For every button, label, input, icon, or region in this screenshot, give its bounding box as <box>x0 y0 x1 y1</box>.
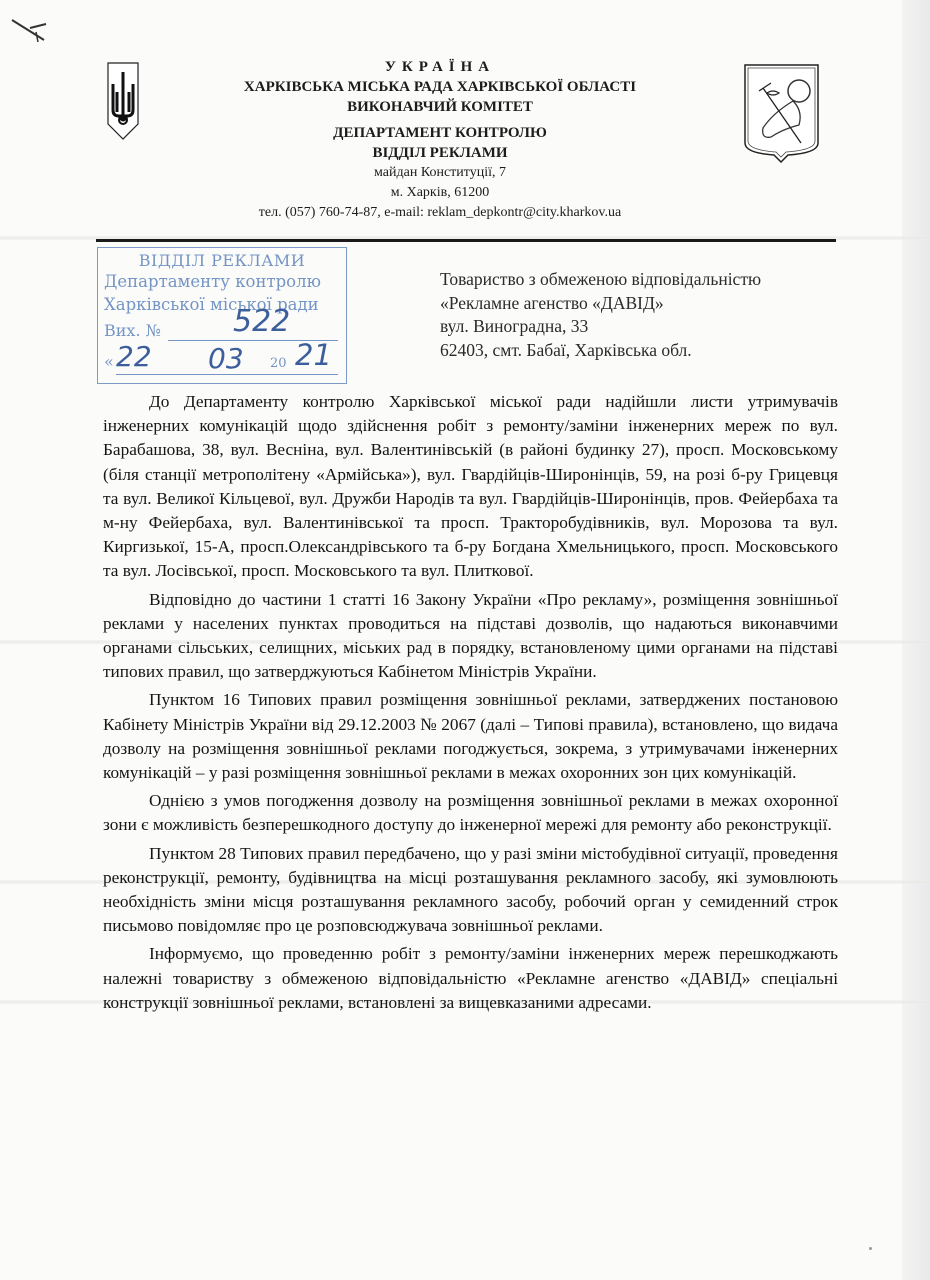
stamp-line2: Департаменту контролю <box>104 272 321 291</box>
stamp-line1: ВІДДІЛ РЕКЛАМИ <box>98 251 346 270</box>
body-paragraph: Інформуємо, що проведенню робіт з ремонт… <box>103 942 838 1015</box>
registration-stamp: ВІДДІЛ РЕКЛАМИ Департаменту контролю Хар… <box>97 247 347 384</box>
letterhead-department: ДЕПАРТАМЕНТ КОНТРОЛЮ <box>150 124 730 143</box>
recipient-line1: Товариство з обмеженою відповідальністю <box>440 268 761 292</box>
stamp-outgoing-number: 522 <box>233 304 290 339</box>
recipient-line2: «Рекламне агенство «ДАВІД» <box>440 292 761 316</box>
letterhead-contacts: тел. (057) 760-74-87, e-mail: reklam_dep… <box>150 203 730 223</box>
stamp-date-underline <box>116 374 338 375</box>
body-paragraph: Відповідно до частини 1 статті 16 Закону… <box>103 588 838 685</box>
document-page: УКРАЇНА ХАРКІВСЬКА МІСЬКА РАДА ХАРКІВСЬК… <box>0 0 930 1280</box>
recipient-line3: вул. Виноградна, 33 <box>440 315 761 339</box>
letterhead-country: УКРАЇНА <box>150 57 730 77</box>
letterhead-council: ХАРКІВСЬКА МІСЬКА РАДА ХАРКІВСЬКОЇ ОБЛАС… <box>150 77 730 97</box>
letterhead: УКРАЇНА ХАРКІВСЬКА МІСЬКА РАДА ХАРКІВСЬК… <box>150 57 730 223</box>
stamp-date-quote: « <box>104 352 114 371</box>
paper-speck <box>869 1247 872 1250</box>
stamp-date-century: 20 <box>270 356 287 371</box>
letterhead-divider <box>96 239 836 242</box>
letterhead-division: ВІДДІЛ РЕКЛАМИ <box>150 143 730 163</box>
body-paragraph: До Департаменту контролю Харківської міс… <box>103 390 838 584</box>
stamp-date-day: 22 <box>116 340 152 373</box>
letter-body: До Департаменту контролю Харківської міс… <box>103 390 838 1019</box>
letterhead-address-line2: м. Харків, 61200 <box>150 183 730 203</box>
recipient-block: Товариство з обмеженою відповідальністю … <box>440 268 761 362</box>
coat-of-arms-ukraine-icon <box>107 62 139 140</box>
coat-of-arms-kharkiv-icon <box>743 63 820 163</box>
body-paragraph: Пунктом 16 Типових правил розміщення зов… <box>103 688 838 785</box>
stamp-outgoing-label: Вих. № <box>104 321 161 340</box>
body-paragraph: Пунктом 28 Типових правил передбачено, щ… <box>103 842 838 939</box>
letterhead-address-line1: майдан Конституції, 7 <box>150 163 730 183</box>
stamp-date-month: 03 <box>208 342 244 375</box>
stamp-date-year: 21 <box>295 338 332 372</box>
recipient-line4: 62403, смт. Бабаї, Харківська обл. <box>440 339 761 363</box>
handwritten-mark-icon <box>8 14 48 44</box>
letterhead-committee: ВИКОНАВЧИЙ КОМІТЕТ <box>150 97 730 117</box>
body-paragraph: Однією з умов погодження дозволу на розм… <box>103 789 838 837</box>
